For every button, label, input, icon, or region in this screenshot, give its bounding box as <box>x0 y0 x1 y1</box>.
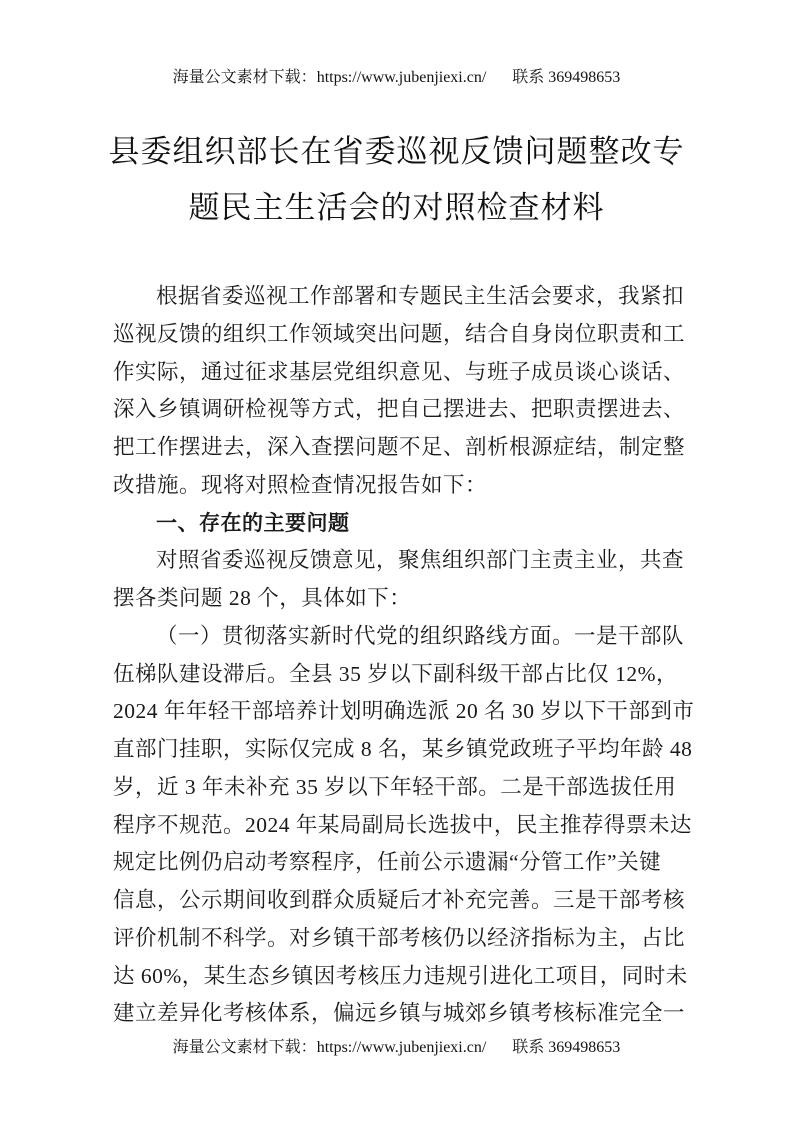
section-heading-text: 一、存在的主要问题 <box>156 512 350 535</box>
text-line: 规定比例仍启动考察程序，任前公示遗漏“分管工作”关键 <box>113 844 680 882</box>
body-text: 深入乡镇调研检视等方式，把自己摆进去、把职责摆进去、 <box>113 397 685 421</box>
text-line: 评价机制不科学。对乡镇干部考核仍以经济指标为主，占比 <box>113 920 680 958</box>
page-footer: 海量公文素材下载：https://www.jubenjiexi.cn/联系 36… <box>0 1036 793 1060</box>
body-text: 对乡镇干部考核仍以经济指标为主，占比 <box>289 926 685 950</box>
text-line: 把工作摆进去，深入查摆问题不足、剖析根源症结，制定整 <box>113 429 680 467</box>
body-text: 对照省委巡视反馈意见，聚焦组织部门主责主业，共查 <box>156 548 684 572</box>
section-heading: 一、存在的主要问题 <box>113 505 680 543</box>
emphasis-kai: （一）贯彻落实新时代党的组织路线方面。一是干部队 <box>156 624 684 648</box>
body-text: 全县 35 岁以下副科级干部占比仅 12%， <box>289 662 678 686</box>
body-text: 直部门挂职，实际仅完成 8 名，某乡镇党政班子平均年龄 48 <box>113 737 692 761</box>
text-line: 达 60%，某生态乡镇因考核压力违规引进化工项目，同时未 <box>113 958 680 996</box>
body-text: 把工作摆进去，深入查摆问题不足、剖析根源症结，制定整 <box>113 435 685 459</box>
body-text: 2024 年某局副局长选拔中，民主推荐得票未达 <box>245 813 692 837</box>
title-line-1: 县委组织部长在省委巡视反馈问题整改专 <box>88 124 705 180</box>
text-line: 信息，公示期间收到群众质疑后才补充完善。三是干部考核 <box>113 882 680 920</box>
text-line: 根据省委巡视工作部署和专题民主生活会要求，我紧扣 <box>113 278 680 316</box>
title-line-2: 题民主生活会的对照检查材料 <box>88 180 705 236</box>
emphasis-kai: 二是干部选拔任用 <box>500 775 676 799</box>
header-contact: 联系 369498653 <box>512 69 620 86</box>
footer-download-label: 海量公文素材下载： <box>173 1039 317 1056</box>
text-line: 对照省委巡视反馈意见，聚焦组织部门主责主业，共查 <box>113 542 680 580</box>
text-line: 深入乡镇调研检视等方式，把自己摆进去、把职责摆进去、 <box>113 391 680 429</box>
text-line: 岁，近 3 年未补充 35 岁以下年轻干部。二是干部选拔任用 <box>113 769 680 807</box>
text-line: 摆各类问题 28 个，具体如下： <box>113 580 680 618</box>
body-text: 2024 年年轻干部培养计划明确选派 20 名 30 岁以下干部到市 <box>113 699 694 723</box>
text-line: 改措施。现将对照检查情况报告如下： <box>113 467 680 505</box>
body-text: 岁，近 3 年未补充 35 岁以下年轻干部。 <box>113 775 500 799</box>
body-text: 巡视反馈的组织工作领域突出问题，结合自身岗位职责和工 <box>113 322 685 346</box>
text-line: 作实际，通过征求基层党组织意见、与班子成员谈心谈话、 <box>113 354 680 392</box>
document-page: 海量公文素材下载：https://www.jubenjiexi.cn/联系 36… <box>0 0 793 1122</box>
page-header: 海量公文素材下载：https://www.jubenjiexi.cn/联系 36… <box>0 66 793 90</box>
footer-url: https://www.jubenjiexi.cn/ <box>317 1039 487 1056</box>
text-line: 伍梯队建设滞后。全县 35 岁以下副科级干部占比仅 12%， <box>113 656 680 694</box>
body-text: 改措施。现将对照检查情况报告如下： <box>113 473 487 497</box>
document-body: 根据省委巡视工作部署和专题民主生活会要求，我紧扣 巡视反馈的组织工作领域突出问题… <box>113 278 680 1033</box>
text-line: 2024 年年轻干部培养计划明确选派 20 名 30 岁以下干部到市 <box>113 693 680 731</box>
document-title: 县委组织部长在省委巡视反馈问题整改专 题民主生活会的对照检查材料 <box>88 124 705 236</box>
body-text: 根据省委巡视工作部署和专题民主生活会要求，我紧扣 <box>156 284 684 308</box>
text-line: 巡视反馈的组织工作领域突出问题，结合自身岗位职责和工 <box>113 316 680 354</box>
subsection-heading-line: （一）贯彻落实新时代党的组织路线方面。一是干部队 <box>113 618 680 656</box>
emphasis-kai: 评价机制不科学。 <box>113 926 289 950</box>
body-text: 规定比例仍启动考察程序，任前公示遗漏“分管工作”关键 <box>113 850 661 874</box>
body-text: 达 60%，某生态乡镇因考核压力违规引进化工项目，同时未 <box>113 964 688 988</box>
footer-contact: 联系 369498653 <box>512 1039 620 1056</box>
text-line: 直部门挂职，实际仅完成 8 名，某乡镇党政班子平均年龄 48 <box>113 731 680 769</box>
text-line: 程序不规范。2024 年某局副局长选拔中，民主推荐得票未达 <box>113 807 680 845</box>
emphasis-kai: 程序不规范。 <box>113 813 245 837</box>
header-download-label: 海量公文素材下载： <box>173 69 317 86</box>
body-text: 摆各类问题 28 个，具体如下： <box>113 586 411 610</box>
header-url: https://www.jubenjiexi.cn/ <box>317 69 487 86</box>
emphasis-kai: 三是干部考核 <box>553 888 685 912</box>
body-text: 信息，公示期间收到群众质疑后才补充完善。 <box>113 888 553 912</box>
body-text: 作实际，通过征求基层党组织意见、与班子成员谈心谈话、 <box>113 360 685 384</box>
body-text: 建立差异化考核体系，偏远乡镇与城郊乡镇考核标准完全一 <box>113 1001 685 1025</box>
emphasis-kai: 伍梯队建设滞后。 <box>113 662 289 686</box>
text-line: 建立差异化考核体系，偏远乡镇与城郊乡镇考核标准完全一 <box>113 995 680 1033</box>
